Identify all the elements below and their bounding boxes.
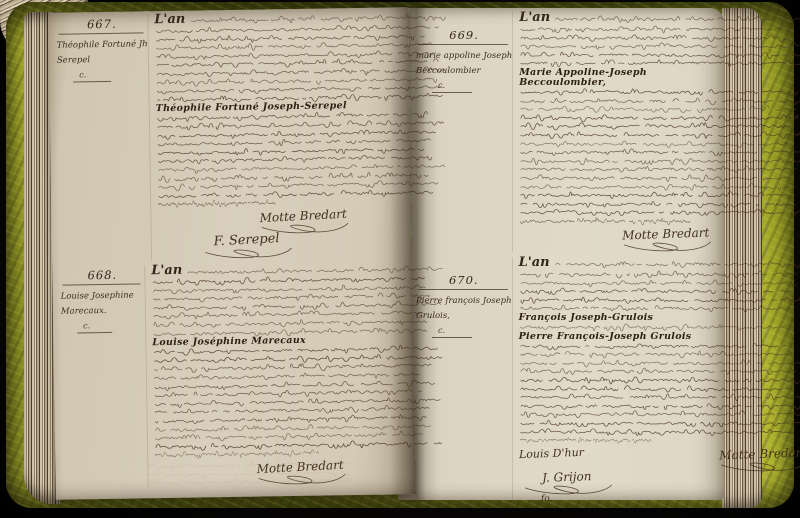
margin-rule [77,332,112,334]
handwriting-line [519,88,800,97]
act-body: L'anLouise Joséphine MarecauxMotte Breda… [144,261,447,487]
handwriting-line [519,393,800,402]
handwriting-line [519,183,799,192]
bold-name-line: François Joseph-Grulois [519,313,800,323]
handwriting-line [519,217,691,226]
register-photo: 667.Théophile Fortuné JhSerepelc.L'anThé… [0,0,800,518]
margin-rule [62,284,140,286]
act-record-668: 668.Louise JosephineMarecaux.c.L'anLouis… [60,261,409,488]
act-margin: 668.Louise JosephineMarecaux.c. [60,265,147,488]
margin-rule [73,81,111,83]
handwriting-line [519,200,798,209]
paraph-mark: c. [438,81,512,90]
act-number: 668. [60,267,144,282]
left-page: 667.Théophile Fortuné JhSerepelc.L'anThé… [48,7,416,500]
opening-word: L'an [519,11,550,24]
signature-text: Louis D'hur [518,447,583,461]
handwriting-line [157,199,280,210]
handwriting-line [519,122,793,131]
handwriting-line [519,131,800,140]
opening-word: L'an [519,256,550,269]
paraph-mark: c. [438,326,512,335]
signature-block: Motte BredartF. Serepel [157,207,451,260]
signature: Louis D'hur [518,447,583,461]
act-record-670: 670.Pierre françois JosephGrulois,c.L'an… [404,257,716,504]
margin-name: Théophile Fortuné Jh [57,37,148,53]
opening-word: L'an [154,13,185,26]
handwriting-line [519,350,794,359]
opening-line: L'an [519,257,800,269]
left-page-content: 667.Théophile Fortuné JhSerepelc.L'anThé… [48,7,416,500]
margin-name: Marecaux. [61,303,145,319]
signature-row: F. Serepel [158,231,451,260]
handwriting-line [519,25,791,34]
handwriting-line [519,174,793,183]
signature-row: Motte Bredart [519,228,800,252]
paraph-mark: c. [83,320,145,330]
act-body: L'anThéophile Fortuné Joseph-SerepelMott… [147,10,451,261]
act-number: 667. [56,16,147,31]
act-body: L'anFrançois Joseph-GruloisPierre Franço… [512,257,800,504]
signature: Motte Bredart [715,446,800,473]
signature-row: J. Grijon [519,471,800,495]
handwriting-line [519,410,800,419]
handwriting-line [519,97,800,106]
act-body: L'anMarie Appoline-JosephBeccoulombier,M… [512,12,800,252]
bold-name-line: Beccoulombier, [519,78,800,88]
handwriting-line [554,15,800,24]
handwriting-line [154,449,321,460]
opening-line: L'an [519,12,800,24]
handwriting-line [519,105,798,114]
handwriting-line [519,270,800,279]
handwriting-line [519,428,795,437]
handwriting-line [519,208,800,217]
margin-name: Serepel [57,52,148,68]
signature-text: fo. [540,495,552,505]
signature-text: Motte Bredart [715,446,800,462]
opening-word: L'an [151,264,182,277]
signature-block: Motte Bredart [519,228,800,252]
handwriting-line [519,359,800,368]
handwriting-line [519,367,798,376]
handwriting-line [519,296,800,305]
handwriting-line [519,385,795,394]
signature-row: fo. [519,495,800,504]
handwriting-line [519,140,788,149]
signature: fo. [540,495,552,505]
handwriting-line [519,279,800,288]
handwriting-line [519,165,800,174]
bold-name-line: Pierre François-Joseph Grulois [519,332,800,342]
handwriting-line [519,342,788,351]
margin-rule [59,32,144,34]
bleed-through-writing [147,459,375,488]
handwriting-line [519,191,791,200]
handwriting-line [519,436,652,445]
signature-row: Louis D'hurMotte Bredart [519,448,800,472]
handwriting-line [519,402,800,411]
handwriting-line [519,376,800,385]
signature: F. Serepel [198,232,295,261]
handwriting-line [519,148,800,157]
act-margin: 667.Théophile Fortuné JhSerepelc. [56,14,151,262]
handwriting-line [519,287,792,296]
signature: Motte Bredart [617,227,714,254]
act-record-669: 669.marie appoline JosephBeccoulombierc.… [404,12,716,252]
handwriting-line [519,34,792,43]
handwriting-line [519,419,800,428]
handwriting-line [519,114,799,123]
signature-block: Louis D'hurMotte BredartJ. Grijonfo. [519,448,800,505]
margin-name: Louise Josephine [61,288,145,304]
signature: J. Grijon [518,470,615,497]
paraph-mark: c. [79,69,148,79]
handwriting-line [519,42,800,51]
handwriting-line [519,157,800,166]
handwriting-line [519,51,800,60]
act-record-667: 667.Théophile Fortuné JhSerepelc.L'anThé… [56,10,406,262]
handwriting-line [554,260,800,269]
